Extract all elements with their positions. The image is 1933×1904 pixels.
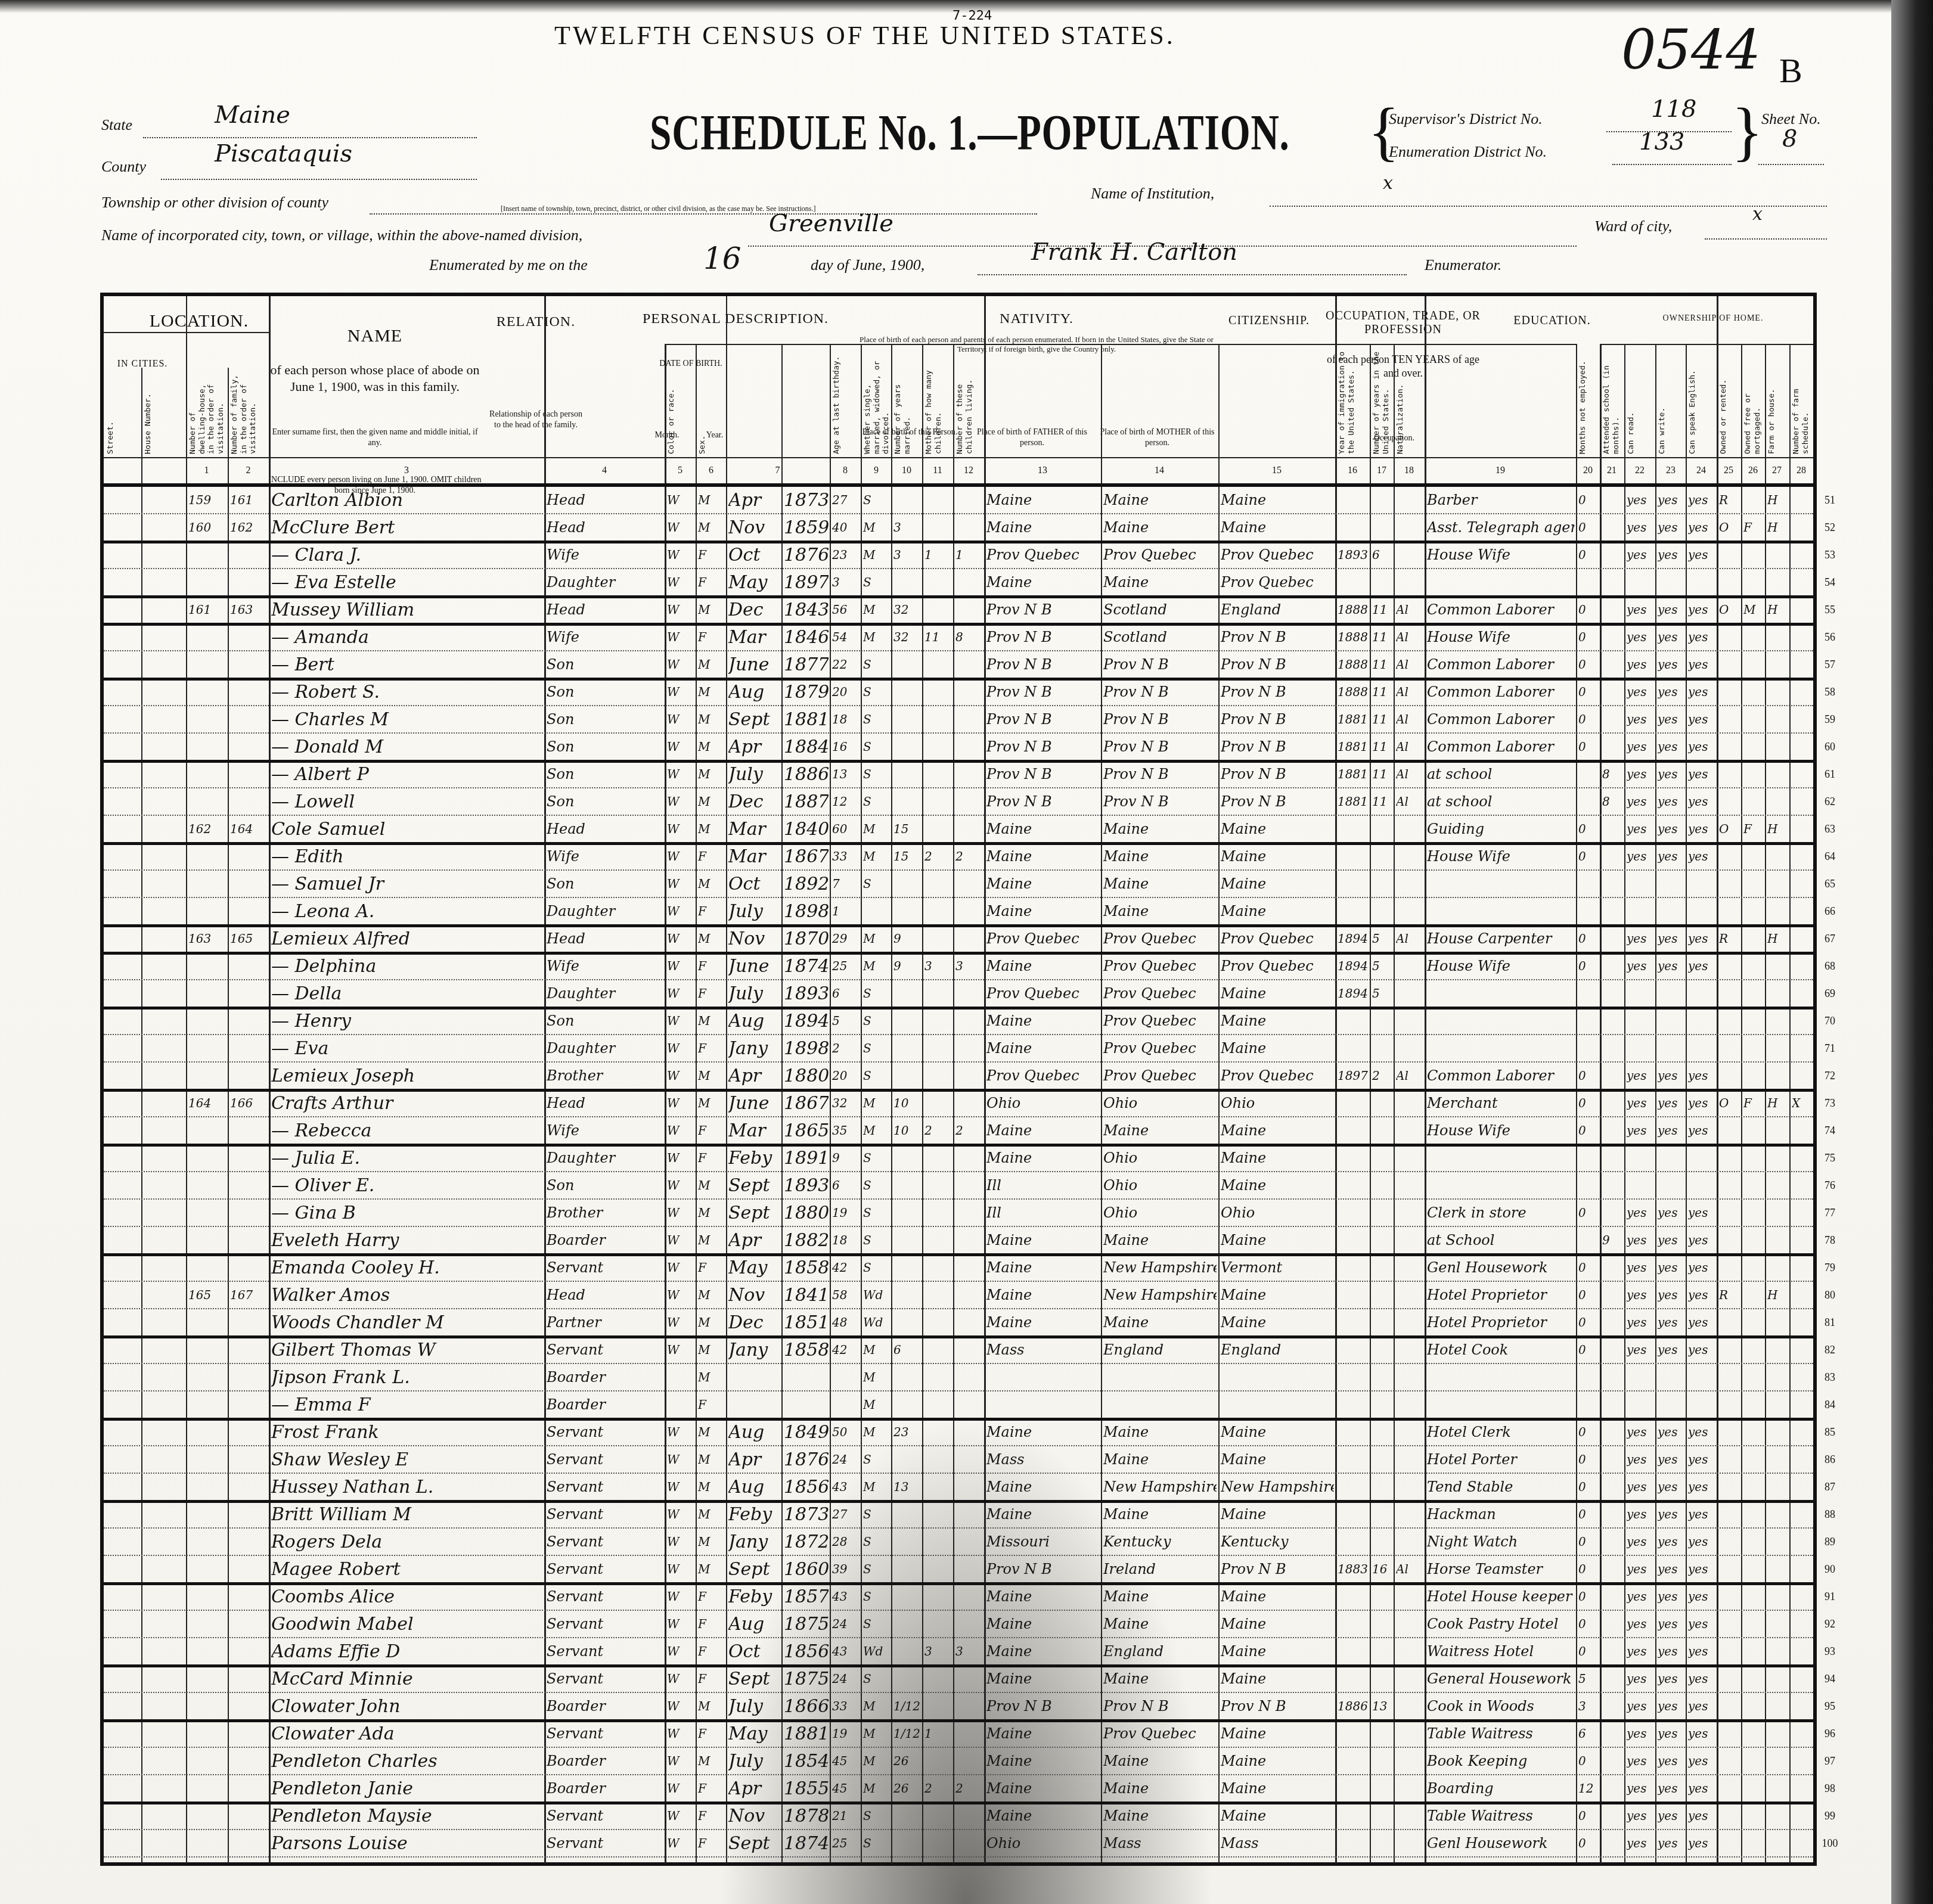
cell-name: — Emma F xyxy=(271,1393,543,1417)
cell-nat xyxy=(1396,954,1423,979)
line-number: 92 xyxy=(1818,1618,1842,1630)
cell-read: yes xyxy=(1627,1612,1654,1636)
table-row: Pendleton JanieBoarderWFApr185545M2622Ma… xyxy=(104,1775,1813,1803)
cell-owned xyxy=(1719,1036,1739,1061)
line-number: 82 xyxy=(1818,1344,1842,1356)
cell-yrs-married xyxy=(893,1283,921,1307)
cell-school xyxy=(1602,872,1622,896)
cell-color: W xyxy=(667,1256,694,1280)
cell-farm: H xyxy=(1767,817,1788,841)
cell-year: 1876 xyxy=(784,1448,829,1472)
table-row: McCard MinnieServantWFSept187524SMaineMa… xyxy=(104,1666,1813,1693)
cell-occupation: Common Laborer xyxy=(1427,653,1575,677)
table-row: 161163Mussey WilliamHeadWMDec184356M32Pr… xyxy=(104,597,1813,624)
cell-name: — Oliver E. xyxy=(271,1173,543,1198)
cell-read: yes xyxy=(1627,515,1654,540)
column-header-unemployed: Months not employed. xyxy=(1578,350,1597,454)
cell-pob: Maine xyxy=(986,1420,1100,1445)
cell-color: W xyxy=(667,872,694,896)
cell-pob-mother: Maine xyxy=(1221,1585,1334,1609)
cell-mother-of xyxy=(924,1365,952,1390)
cell-pob xyxy=(986,1393,1100,1417)
cell-color: W xyxy=(667,598,694,622)
cell-family xyxy=(230,1228,268,1253)
cell-marital: S xyxy=(863,707,891,732)
table-row: — Julia E.DaughterWFFeby18919SMaineOhioM… xyxy=(104,1145,1813,1172)
cell-sex: F xyxy=(698,899,725,924)
cell-sex: M xyxy=(698,1530,725,1554)
table-row: — DellaDaughterWFJuly18936SProv QuebecPr… xyxy=(104,980,1813,1008)
cell-month: Apr xyxy=(728,735,780,759)
cell-schedule xyxy=(1792,680,1812,704)
cell-schedule xyxy=(1792,1228,1812,1253)
cell-pob-father: Prov Quebec xyxy=(1103,927,1217,951)
cell-living xyxy=(955,1502,983,1527)
cell-english: yes xyxy=(1688,1585,1715,1609)
cell-month: Jany xyxy=(728,1530,780,1554)
cell-yrs-us xyxy=(1372,817,1392,841)
cell-read: yes xyxy=(1627,1064,1654,1088)
cell-write: yes xyxy=(1658,927,1685,951)
cell-write: yes xyxy=(1658,1639,1685,1664)
group-personal: PERSONAL DESCRIPTION. xyxy=(592,311,879,327)
cell-age: 43 xyxy=(832,1475,860,1499)
cell-pob-father: Scotland xyxy=(1103,598,1217,622)
cell-immig xyxy=(1338,1036,1369,1061)
cell-schedule xyxy=(1792,762,1812,787)
column-number: 24 xyxy=(1686,465,1717,476)
column-number: 18 xyxy=(1394,465,1425,476)
cell-immig: 1883 xyxy=(1338,1557,1369,1582)
cell-mother-of xyxy=(924,1310,952,1335)
cell-dwelling xyxy=(188,653,226,677)
cell-immig xyxy=(1338,1749,1369,1773)
cell-free xyxy=(1743,1064,1764,1088)
cell-pob: Prov N B xyxy=(986,680,1100,704)
cell-marital: S xyxy=(863,1173,891,1198)
cell-name: — Leona A. xyxy=(271,899,543,924)
cell-living xyxy=(955,817,983,841)
cell-schedule xyxy=(1792,927,1812,951)
cell-yrs-us: 11 xyxy=(1372,680,1392,704)
cell-school xyxy=(1602,1009,1622,1033)
cell-family: 166 xyxy=(230,1091,268,1116)
cell-occupation: House Wife xyxy=(1427,954,1575,979)
cell-pob-father: Maine xyxy=(1103,570,1217,595)
cell-month: Nov xyxy=(728,1804,780,1828)
cell-read: yes xyxy=(1627,1585,1654,1609)
cell-unemployed: 0 xyxy=(1578,1201,1599,1225)
cell-occupation: at school xyxy=(1427,762,1575,787)
county-label: County xyxy=(101,158,146,176)
cell-family xyxy=(230,1009,268,1033)
cell-name: Mussey William xyxy=(271,598,543,622)
cell-color: W xyxy=(667,1831,694,1856)
cell-pob-father: Maine xyxy=(1103,1420,1217,1445)
cell-free xyxy=(1743,1776,1764,1801)
cell-sex: F xyxy=(698,1146,725,1170)
cell-month: Mar xyxy=(728,844,780,869)
cell-schedule xyxy=(1792,1585,1812,1609)
supervisor-district-value: 118 xyxy=(1651,95,1696,123)
cell-school xyxy=(1602,844,1622,869)
cell-nat xyxy=(1396,981,1423,1006)
cell-yrs-married xyxy=(893,790,921,814)
cell-schedule xyxy=(1792,1365,1812,1390)
cell-dwelling xyxy=(188,1667,226,1691)
cell-schedule xyxy=(1792,790,1812,814)
cell-nat xyxy=(1396,1393,1423,1417)
cell-immig xyxy=(1338,1393,1369,1417)
cell-month: Sept xyxy=(728,1667,780,1691)
cell-occupation: Genl Housework xyxy=(1427,1256,1575,1280)
cell-name: — Donald M xyxy=(271,735,543,759)
cell-year: 1892 xyxy=(784,872,829,896)
cell-owned xyxy=(1719,1173,1739,1198)
cell-immig xyxy=(1338,1119,1369,1143)
cell-yrs-married xyxy=(893,1036,921,1061)
cell-school xyxy=(1602,1365,1622,1390)
cell-schedule xyxy=(1792,817,1812,841)
schedule-title: SCHEDULE No. 1.—POPULATION. xyxy=(650,104,1290,162)
cell-color: W xyxy=(667,1119,694,1143)
cell-name: Eveleth Harry xyxy=(271,1228,543,1253)
cell-occupation xyxy=(1427,1036,1575,1061)
cell-read: yes xyxy=(1627,598,1654,622)
cell-unemployed: 0 xyxy=(1578,1338,1599,1362)
cell-living: 3 xyxy=(955,954,983,979)
cell-year: 1865 xyxy=(784,1119,829,1143)
cell-free xyxy=(1743,1119,1764,1143)
cell-dwelling xyxy=(188,707,226,732)
cell-english: yes xyxy=(1688,1338,1715,1362)
cell-family xyxy=(230,844,268,869)
cell-month: Apr xyxy=(728,1228,780,1253)
cell-free xyxy=(1743,844,1764,869)
column-header-mother_of: Mother of how many children. xyxy=(924,350,951,454)
cell-marital: S xyxy=(863,790,891,814)
cell-pob-father: Mass xyxy=(1103,1831,1217,1856)
table-row: Pendleton MaysieServantWFNov187821SMaine… xyxy=(104,1803,1813,1830)
cell-free xyxy=(1743,1283,1764,1307)
cell-sex: F xyxy=(698,1393,725,1417)
cell-marital: Wd xyxy=(863,1283,891,1307)
cell-relation: Servant xyxy=(547,1530,663,1554)
cell-dwelling: 163 xyxy=(188,927,226,951)
group-ownership: OWNERSHIP OF HOME. xyxy=(1612,314,1814,324)
table-row: 163165Lemieux AlfredHeadWMNov187029M9Pro… xyxy=(104,925,1813,953)
cell-unemployed: 0 xyxy=(1578,1612,1599,1636)
cell-yrs-married xyxy=(893,1365,921,1390)
cell-write xyxy=(1658,1365,1685,1390)
cell-relation: Servant xyxy=(547,1256,663,1280)
cell-marital: S xyxy=(863,762,891,787)
cell-sex: M xyxy=(698,817,725,841)
cell-age: 43 xyxy=(832,1585,860,1609)
cell-school xyxy=(1602,570,1622,595)
cell-english: yes xyxy=(1688,1448,1715,1472)
cell-pob-father: Maine xyxy=(1103,1228,1217,1253)
cell-pob: Maine xyxy=(986,1283,1100,1307)
cell-farm xyxy=(1767,1557,1788,1582)
cell-pob: Mass xyxy=(986,1338,1100,1362)
cell-dwelling: 165 xyxy=(188,1283,226,1307)
cell-immig: 1888 xyxy=(1338,680,1369,704)
cell-school xyxy=(1602,1530,1622,1554)
cell-school xyxy=(1602,1502,1622,1527)
table-row: Shaw Wesley EServantWMApr187624SMassMain… xyxy=(104,1446,1813,1474)
cell-schedule xyxy=(1792,1776,1812,1801)
column-header-yrs_married: Number of years married. xyxy=(893,350,920,454)
cell-marital: S xyxy=(863,1009,891,1033)
cell-unemployed: 0 xyxy=(1578,653,1599,677)
cell-schedule xyxy=(1792,1036,1812,1061)
cell-yrs-us xyxy=(1372,1146,1392,1170)
cell-living xyxy=(955,1173,983,1198)
cell-marital: M xyxy=(863,515,891,540)
cell-farm xyxy=(1767,1393,1788,1417)
cell-unemployed: 0 xyxy=(1578,543,1599,567)
cell-name: Parsons Louise xyxy=(271,1831,543,1856)
cell-unemployed: 0 xyxy=(1578,1475,1599,1499)
cell-pob: Ill xyxy=(986,1173,1100,1198)
cell-sex: M xyxy=(698,1502,725,1527)
cell-pob-mother: Maine xyxy=(1221,515,1334,540)
cell-pob-father: Prov Quebec xyxy=(1103,954,1217,979)
cell-pob-father: Ohio xyxy=(1103,1201,1217,1225)
cell-mother-of xyxy=(924,1831,952,1856)
cell-write xyxy=(1658,872,1685,896)
cell-color xyxy=(667,1365,694,1390)
cell-family: 162 xyxy=(230,515,268,540)
column-number: 1 xyxy=(186,465,227,476)
cell-farm xyxy=(1767,680,1788,704)
cell-family: 161 xyxy=(230,488,268,513)
cell-write: yes xyxy=(1658,1119,1685,1143)
cell-school xyxy=(1602,1585,1622,1609)
cell-pob-mother: Maine xyxy=(1221,981,1334,1006)
cell-owned xyxy=(1719,1256,1739,1280)
cell-year: 1855 xyxy=(784,1776,829,1801)
cell-sex: F xyxy=(698,1585,725,1609)
cell-sex: M xyxy=(698,1475,725,1499)
cell-marital: S xyxy=(863,570,891,595)
table-row: — Emma FBoarderFM xyxy=(104,1391,1813,1419)
cell-free xyxy=(1743,625,1764,650)
cell-write: yes xyxy=(1658,1448,1685,1472)
cell-occupation: Common Laborer xyxy=(1427,680,1575,704)
cell-free xyxy=(1743,872,1764,896)
line-number: 67 xyxy=(1818,933,1842,945)
cell-year xyxy=(784,1365,829,1390)
cell-nat: Al xyxy=(1396,653,1423,677)
cell-unemployed: 0 xyxy=(1578,954,1599,979)
cell-living xyxy=(955,735,983,759)
cell-schedule xyxy=(1792,1173,1812,1198)
cell-farm xyxy=(1767,1119,1788,1143)
cell-yrs-us: 11 xyxy=(1372,735,1392,759)
cell-farm xyxy=(1767,1009,1788,1033)
cell-color: W xyxy=(667,488,694,513)
cell-schedule xyxy=(1792,653,1812,677)
cell-color: W xyxy=(667,1064,694,1088)
cell-nat xyxy=(1396,1749,1423,1773)
cell-occupation: Guiding xyxy=(1427,817,1575,841)
cell-dwelling xyxy=(188,954,226,979)
cell-family xyxy=(230,954,268,979)
cell-pob-mother: Prov N B xyxy=(1221,1694,1334,1719)
cell-pob-father: Maine xyxy=(1103,1119,1217,1143)
cell-yrs-married xyxy=(893,1804,921,1828)
cell-read: yes xyxy=(1627,1091,1654,1116)
cell-nat xyxy=(1396,1420,1423,1445)
cell-pob: Maine xyxy=(986,1310,1100,1335)
cell-marital: S xyxy=(863,1612,891,1636)
cell-month: Apr xyxy=(728,488,780,513)
cell-occupation: at school xyxy=(1427,790,1575,814)
cell-immig xyxy=(1338,1530,1369,1554)
cell-dwelling xyxy=(188,1201,226,1225)
cell-color: W xyxy=(667,515,694,540)
cell-pob: Maine xyxy=(986,954,1100,979)
cell-yrs-married xyxy=(893,1557,921,1582)
cell-pob: Maine xyxy=(986,1256,1100,1280)
cell-pob-father: Maine xyxy=(1103,515,1217,540)
cell-mother-of xyxy=(924,1146,952,1170)
cell-month: Sept xyxy=(728,1201,780,1225)
cell-owned xyxy=(1719,680,1739,704)
cell-mother-of xyxy=(924,1256,952,1280)
cell-dwelling xyxy=(188,1448,226,1472)
column-header-immig: Year of immigration to the United States… xyxy=(1338,350,1367,454)
line-number: 94 xyxy=(1818,1673,1842,1685)
cell-family xyxy=(230,981,268,1006)
cell-pob: Prov N B xyxy=(986,790,1100,814)
cell-pob-mother: Maine xyxy=(1221,1667,1334,1691)
cell-yrs-married xyxy=(893,1228,921,1253)
cell-pob-mother: Kentucky xyxy=(1221,1530,1334,1554)
cell-mother-of xyxy=(924,1585,952,1609)
cell-read xyxy=(1627,1173,1654,1198)
cell-year: 1860 xyxy=(784,1557,829,1582)
cell-name: — Bert xyxy=(271,653,543,677)
cell-owned xyxy=(1719,1639,1739,1664)
cell-family xyxy=(230,653,268,677)
table-row: — Clara J.WifeWFOct187623M311Prov Quebec… xyxy=(104,542,1813,569)
table-row: — AmandaWifeWFMar184654M32118Prov N BSco… xyxy=(104,624,1813,651)
cell-english xyxy=(1688,1393,1715,1417)
cell-immig xyxy=(1338,1776,1369,1801)
cell-month xyxy=(728,1365,780,1390)
cell-dwelling xyxy=(188,1119,226,1143)
cell-dwelling xyxy=(188,1804,226,1828)
cell-dwelling xyxy=(188,1420,226,1445)
cell-age: 6 xyxy=(832,1173,860,1198)
cell-yrs-us xyxy=(1372,1201,1392,1225)
cell-year: 1851 xyxy=(784,1310,829,1335)
cell-immig xyxy=(1338,1585,1369,1609)
cell-unemployed: 0 xyxy=(1578,680,1599,704)
cell-pob: Ohio xyxy=(986,1091,1100,1116)
cell-relation: Servant xyxy=(547,1475,663,1499)
cell-write: yes xyxy=(1658,1091,1685,1116)
table-row: — Donald MSonWMApr188416SProv N BProv N … xyxy=(104,734,1813,761)
cell-nat xyxy=(1396,1283,1423,1307)
cell-write: yes xyxy=(1658,653,1685,677)
cell-sex: F xyxy=(698,1776,725,1801)
cell-school xyxy=(1602,981,1622,1006)
cell-free xyxy=(1743,1393,1764,1417)
column-number: 5 xyxy=(665,465,696,476)
cell-mother-of xyxy=(924,1612,952,1636)
cell-yrs-married xyxy=(893,1831,921,1856)
cell-pob: Maine xyxy=(986,1228,1100,1253)
cell-unemployed: 0 xyxy=(1578,1749,1599,1773)
table-row: — BertSonWMJune187722SProv N BProv N BPr… xyxy=(104,651,1813,679)
cell-month: July xyxy=(728,1749,780,1773)
cell-pob: Maine xyxy=(986,1585,1100,1609)
cell-dwelling: 159 xyxy=(188,488,226,513)
cell-age: 21 xyxy=(832,1804,860,1828)
cell-name: — Eva Estelle xyxy=(271,570,543,595)
cell-nat xyxy=(1396,1448,1423,1472)
cell-schedule xyxy=(1792,488,1812,513)
cell-unemployed: 0 xyxy=(1578,488,1599,513)
cell-family xyxy=(230,543,268,567)
cell-year: 1887 xyxy=(784,790,829,814)
cell-color: W xyxy=(667,707,694,732)
cell-owned xyxy=(1719,1146,1739,1170)
cell-sex: M xyxy=(698,1338,725,1362)
cell-nat: Al xyxy=(1396,625,1423,650)
city-label: Name of incorporated city, town, or vill… xyxy=(101,226,582,244)
cell-pob-father: Maine xyxy=(1103,1585,1217,1609)
cell-dwelling xyxy=(188,1530,226,1554)
cell-mother-of: 2 xyxy=(924,1776,952,1801)
cell-year: 1891 xyxy=(784,1146,829,1170)
cell-living xyxy=(955,1064,983,1088)
cell-owned xyxy=(1719,1612,1739,1636)
cell-yrs-us xyxy=(1372,1530,1392,1554)
cell-farm xyxy=(1767,1585,1788,1609)
line-number: 53 xyxy=(1818,549,1842,561)
cell-immig: 1888 xyxy=(1338,653,1369,677)
cell-name: Cole Samuel xyxy=(271,817,543,841)
cell-read xyxy=(1627,872,1654,896)
cell-year: 1880 xyxy=(784,1064,829,1088)
cell-schedule xyxy=(1792,1256,1812,1280)
group-name: NAME xyxy=(259,326,491,346)
cell-owned xyxy=(1719,625,1739,650)
cell-immig xyxy=(1338,1283,1369,1307)
cell-family: 165 xyxy=(230,927,268,951)
cell-english: yes xyxy=(1688,1420,1715,1445)
cell-owned xyxy=(1719,1831,1739,1856)
cell-age: 24 xyxy=(832,1667,860,1691)
cell-mother-of xyxy=(924,1557,952,1582)
cell-read: yes xyxy=(1627,790,1654,814)
cell-occupation: House Wife xyxy=(1427,543,1575,567)
column-number: 28 xyxy=(1789,465,1813,476)
cell-year: 1884 xyxy=(784,735,829,759)
cell-yrs-us xyxy=(1372,1448,1392,1472)
cell-read: yes xyxy=(1627,817,1654,841)
cell-pob: Prov N B xyxy=(986,762,1100,787)
column-number: 26 xyxy=(1741,465,1765,476)
cell-write: yes xyxy=(1658,1502,1685,1527)
cell-family xyxy=(230,899,268,924)
cell-immig: 1881 xyxy=(1338,707,1369,732)
